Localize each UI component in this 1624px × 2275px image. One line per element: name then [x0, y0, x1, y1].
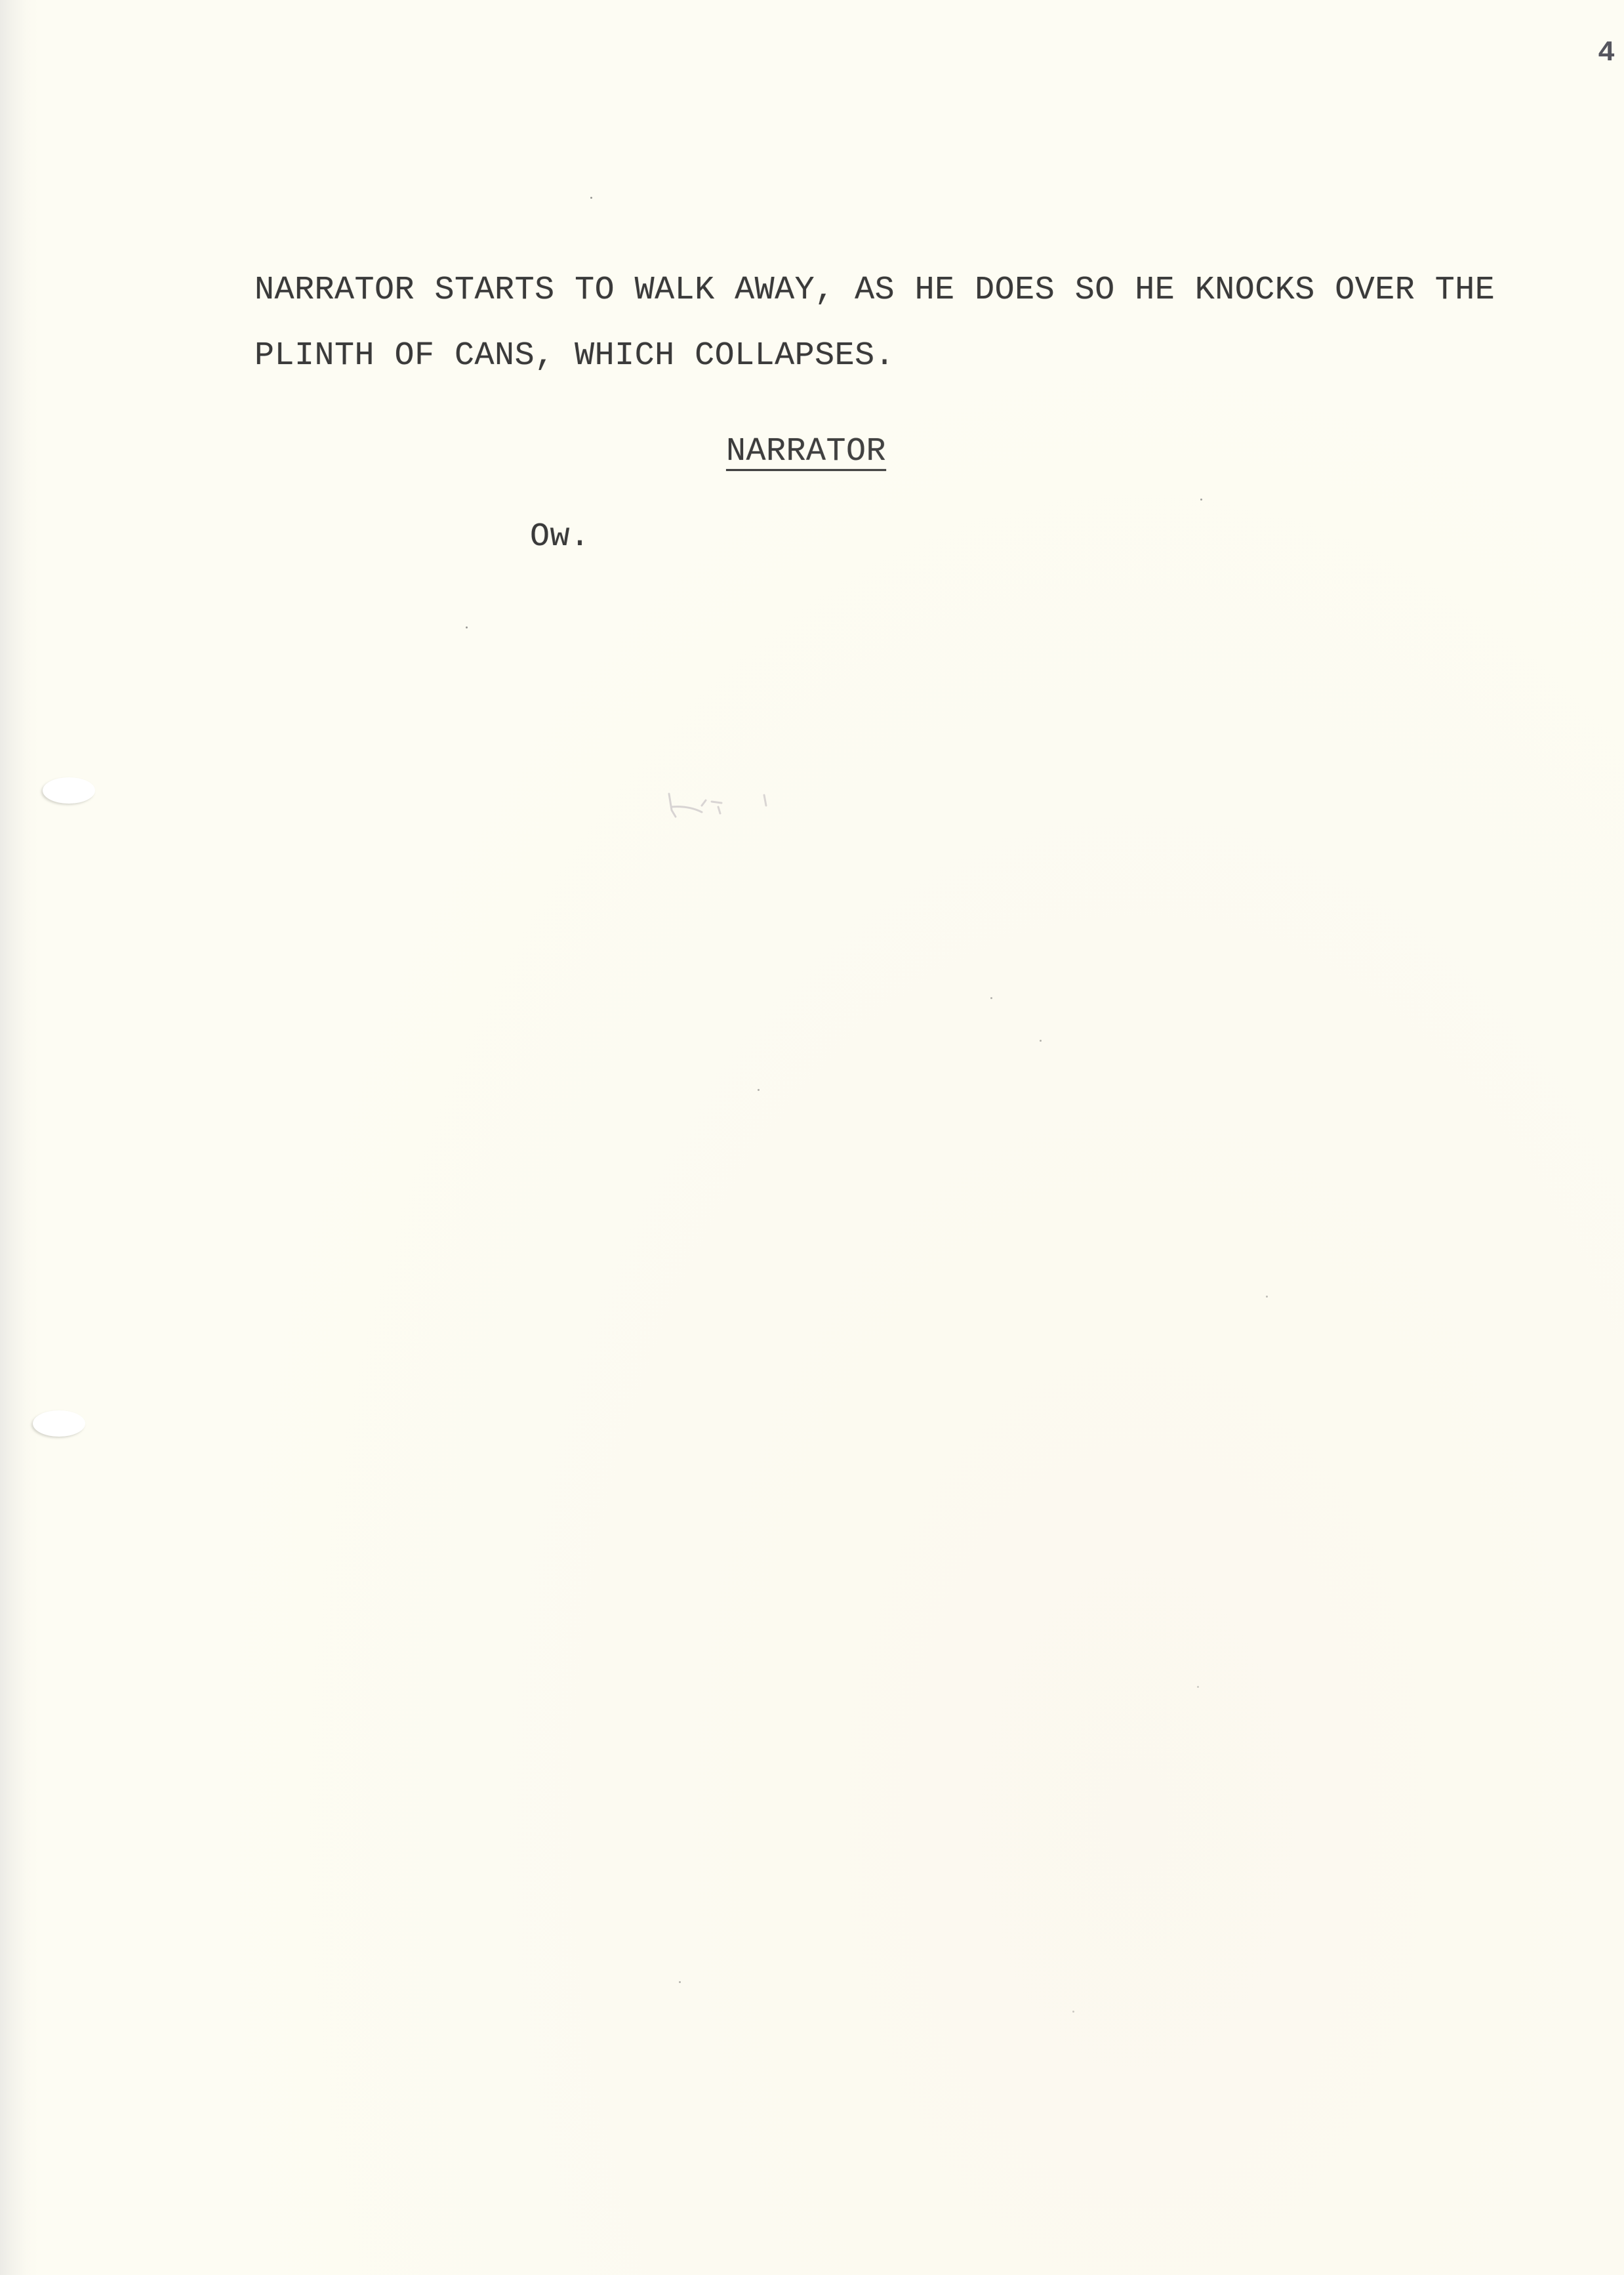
paper-speck [1200, 499, 1202, 501]
paper-speck [1197, 1686, 1199, 1688]
dialogue-line: Ow. [530, 521, 590, 554]
page-number: 4 [1598, 37, 1615, 70]
paper-speck [758, 1089, 760, 1091]
speaker-name: NARRATOR [726, 436, 886, 468]
paper-speck [1266, 1296, 1268, 1298]
punch-hole [33, 1410, 85, 1437]
paper-speck [466, 626, 468, 628]
paper-speck [679, 1981, 681, 1983]
stage-direction-line: PLINTH OF CANS, WHICH COLLAPSES. [254, 340, 895, 373]
paper-speck [1040, 1040, 1042, 1042]
paper-speck [590, 197, 592, 199]
script-page: 4 NARRATOR STARTS TO WALK AWAY, AS HE DO… [0, 0, 1624, 2275]
stage-direction-line: NARRATOR STARTS TO WALK AWAY, AS HE DOES… [254, 274, 1495, 307]
pencil-smudge [662, 787, 781, 827]
punch-hole [43, 777, 95, 804]
paper-speck [990, 997, 992, 999]
paper-speck [1072, 2011, 1074, 2013]
